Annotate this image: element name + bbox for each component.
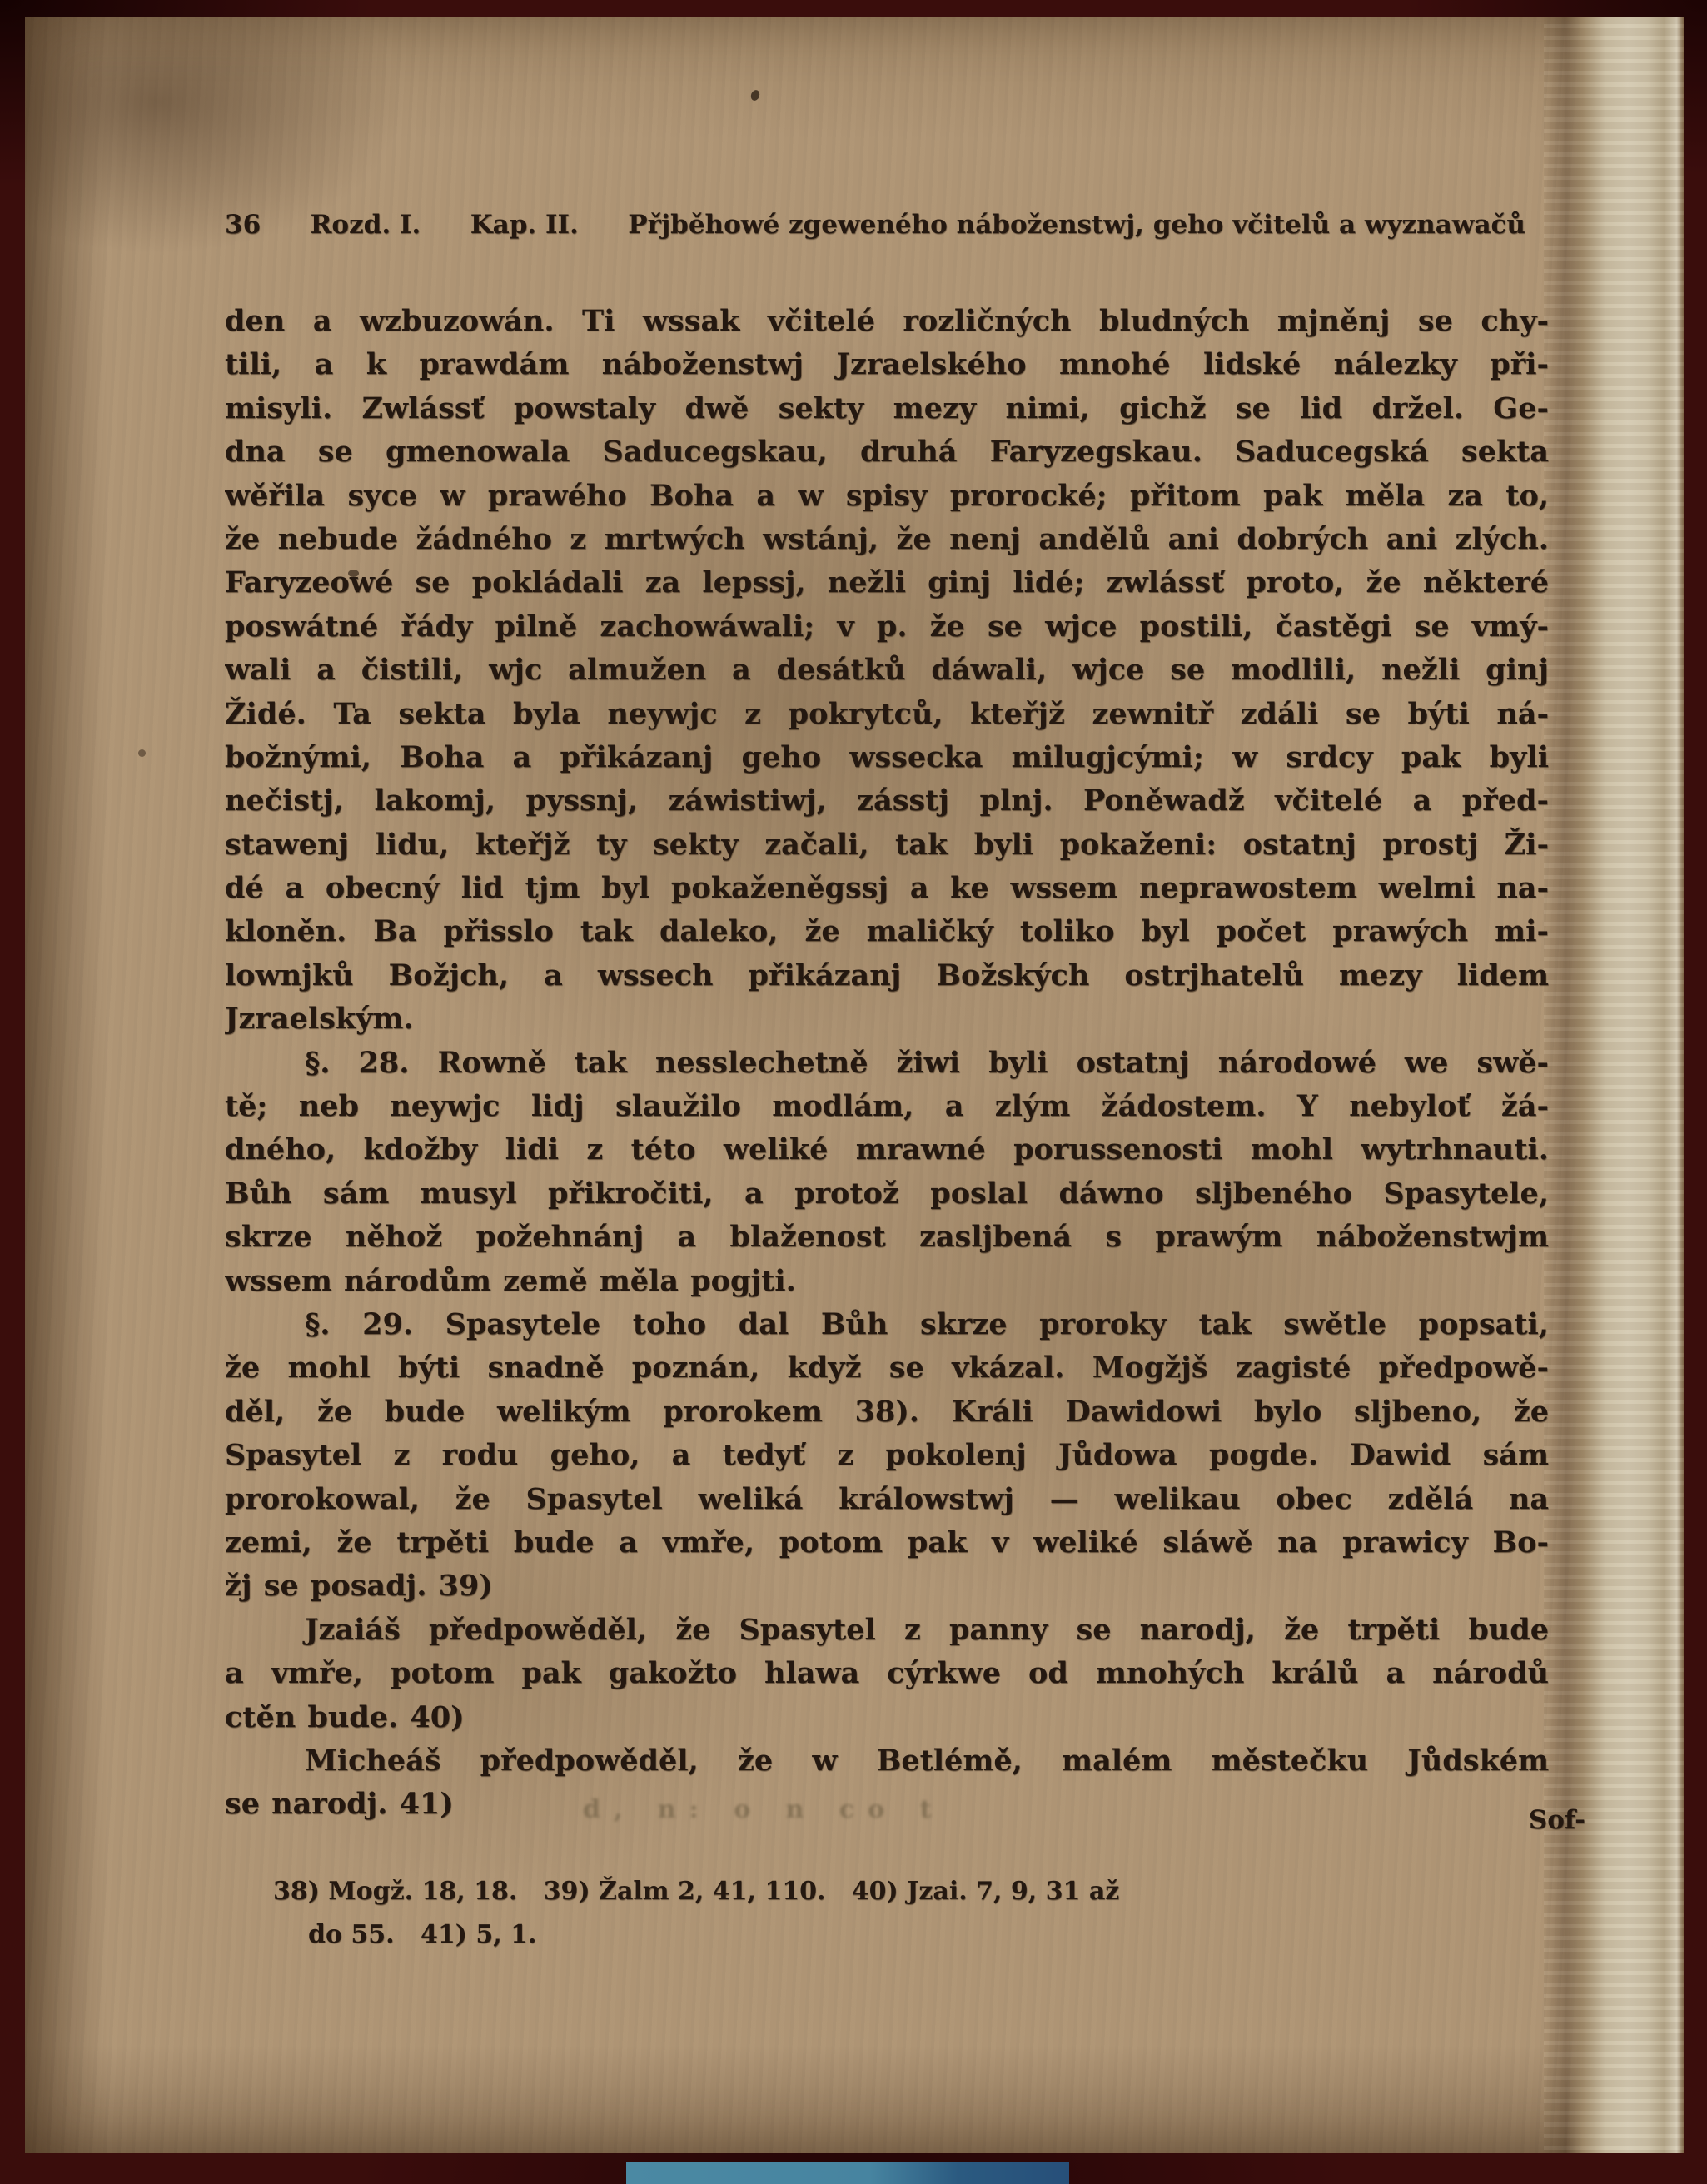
text-line: Židé. Ta sekta byla neywjc z pokrytců, k… <box>225 693 1549 736</box>
text-line: Jzraelským. <box>225 997 1549 1041</box>
header-part-label: Rozd. I. <box>311 210 421 240</box>
page-number: 36 <box>225 210 261 240</box>
text-line: dé a obecný lid tjm byl pokaženěgssj a k… <box>225 867 1549 910</box>
text-line: stawenj lidu, kteřjž ty sekty začali, ta… <box>225 823 1549 867</box>
text-line: lownjků Božjch, a wssech přikázanj Božsk… <box>225 954 1549 997</box>
text-line: žj se posadj. 39) <box>225 1565 1549 1608</box>
text-line: poswátné řády pilně zachowáwali; v p. že… <box>225 605 1549 649</box>
text-line: že nebude žádného z mrtwých wstánj, že n… <box>225 518 1549 561</box>
text-block: 36 Rozd. I. Kap. II. Přjběhowé zgeweného… <box>225 0 1549 2184</box>
text-line: wali a čistili, wjc almužen a desátků dá… <box>225 649 1549 692</box>
text-line: a vmře, potom pak gakožto hlawa cýrkwe o… <box>225 1652 1549 1695</box>
footnote-line: do 55. 41) 5, 1. <box>225 1913 1549 1957</box>
header-chapter-label: Kap. II. <box>470 210 579 240</box>
body-text: den a wzbuzowán. Ti wssak včitelé rozlič… <box>225 300 1549 1827</box>
catchword: Sof- <box>225 1805 1585 1835</box>
footnotes: 38) Mogž. 18, 18. 39) Žalm 2, 41, 110. 4… <box>225 1870 1549 1957</box>
text-line: děl, že bude welikým prorokem 38). Králi… <box>225 1390 1549 1434</box>
text-line: Spasytel z rodu geho, a tedyť z pokolenj… <box>225 1434 1549 1477</box>
text-line: Jzaiáš předpowěděl, že Spasytel z panny … <box>225 1609 1549 1652</box>
text-line: zemi, že trpěti bude a vmře, potom pak v… <box>225 1521 1549 1565</box>
footnote-line: 38) Mogž. 18, 18. 39) Žalm 2, 41, 110. 4… <box>225 1870 1549 1913</box>
text-line: prorokowal, že Spasytel weliká králowstw… <box>225 1478 1549 1521</box>
text-line: misyli. Zwlássť powstaly dwě sekty mezy … <box>225 387 1549 430</box>
text-line: tili, a k prawdám náboženstwj Jzraelskéh… <box>225 343 1549 386</box>
book-photo: 36 Rozd. I. Kap. II. Přjběhowé zgeweného… <box>0 0 1707 2184</box>
text-line: božnými, Boha a přikázanj geho wssecka m… <box>225 736 1549 779</box>
text-line: §. 29. Spasytele toho dal Bůh skrze pror… <box>225 1303 1549 1346</box>
text-line: §. 28. Rowně tak nesslechetně žiwi byli … <box>225 1042 1549 1085</box>
text-line: že mohl býti snadně poznán, když se vkáz… <box>225 1346 1549 1390</box>
text-line: nečistj, lakomj, pyssnj, záwistiwj, záss… <box>225 779 1549 823</box>
text-line: wěřila syce w prawého Boha a w spisy pro… <box>225 475 1549 518</box>
running-header: 36 Rozd. I. Kap. II. Přjběhowé zgeweného… <box>225 210 1525 240</box>
text-line: dného, kdožby lidi z této weliké mrawné … <box>225 1128 1549 1172</box>
header-title: Přjběhowé zgeweného náboženstwj, geho vč… <box>628 210 1525 240</box>
text-line: Faryzeowé se pokládali za lepssj, nežli … <box>225 561 1549 604</box>
text-line: ctěn bude. 40) <box>225 1696 1549 1739</box>
text-line: den a wzbuzowán. Ti wssak včitelé rozlič… <box>225 300 1549 343</box>
text-line: Micheáš předpowěděl, že w Betlémě, malém… <box>225 1739 1549 1783</box>
text-line: skrze něhož požehnánj a blaženost zasljb… <box>225 1216 1549 1259</box>
text-line: dna se gmenowala Saducegskau, druhá Fary… <box>225 430 1549 474</box>
text-line: Bůh sám musyl přikročiti, a protož posla… <box>225 1172 1549 1216</box>
ink-speck <box>138 749 146 757</box>
text-line: tě; neb neywjc lidj slaužilo modlám, a z… <box>225 1085 1549 1128</box>
text-line: kloněn. Ba přisslo tak daleko, že maličk… <box>225 910 1549 953</box>
text-line: wssem národům země měla pogjti. <box>225 1260 1549 1303</box>
scan-color-bar <box>626 2162 1069 2184</box>
